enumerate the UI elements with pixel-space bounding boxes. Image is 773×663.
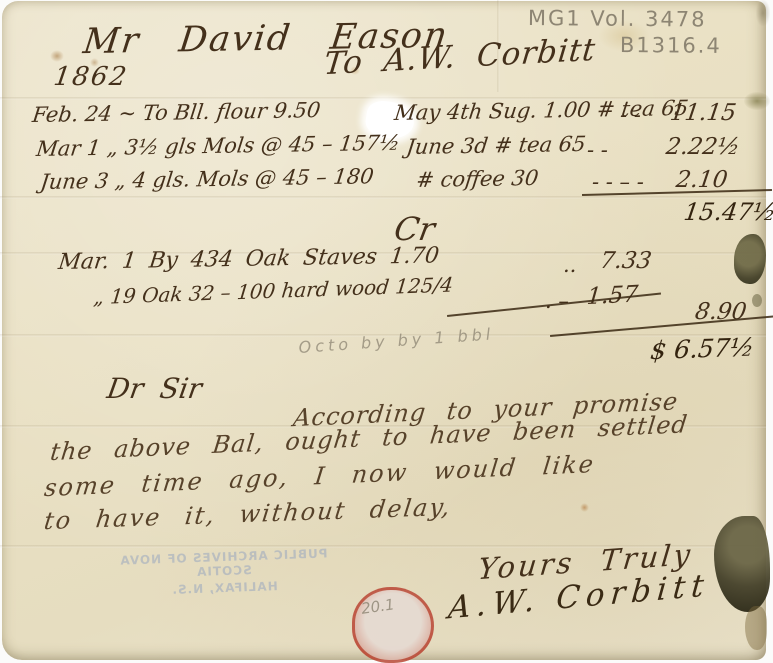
- ledger-dashes: - -: [587, 138, 608, 162]
- debit-row-items: # coffee 30: [415, 166, 540, 192]
- debit-amount: 2.22½: [664, 134, 741, 160]
- account-year: 1862: [52, 62, 130, 92]
- balance-due: $ 6.57½: [649, 332, 756, 365]
- debit-amount: 2.10: [674, 167, 729, 193]
- debit-amount: 11.15: [668, 100, 738, 126]
- ledger-dots: . –: [545, 289, 569, 313]
- scanned-document: MG1 Vol. 3478 B1316.4 Mr David Eason 186…: [0, 0, 773, 663]
- debit-row-date-items: Feb. 24 ~ To Bll. flour 9.50: [31, 98, 322, 127]
- debit-total: 15.47½: [682, 198, 773, 226]
- ledger-dashes: - - – -: [592, 170, 644, 194]
- ledger-dots: ..: [563, 253, 576, 277]
- ledger-dashes: - -: [620, 103, 641, 127]
- debit-row-items: June 3d # tea 65: [405, 132, 587, 159]
- credit-section-label: Cr: [391, 210, 437, 248]
- credit-amount: 7.33: [598, 248, 653, 274]
- letter-salutation: Dr Sir: [105, 372, 204, 405]
- archive-stamp: PUBLIC ARCHIVES OF NOVA SCOTIA HALIFAX, …: [94, 546, 353, 600]
- archive-reference-number: B1316.4: [620, 33, 722, 58]
- archive-catalog-number: MG1 Vol. 3478: [528, 6, 707, 32]
